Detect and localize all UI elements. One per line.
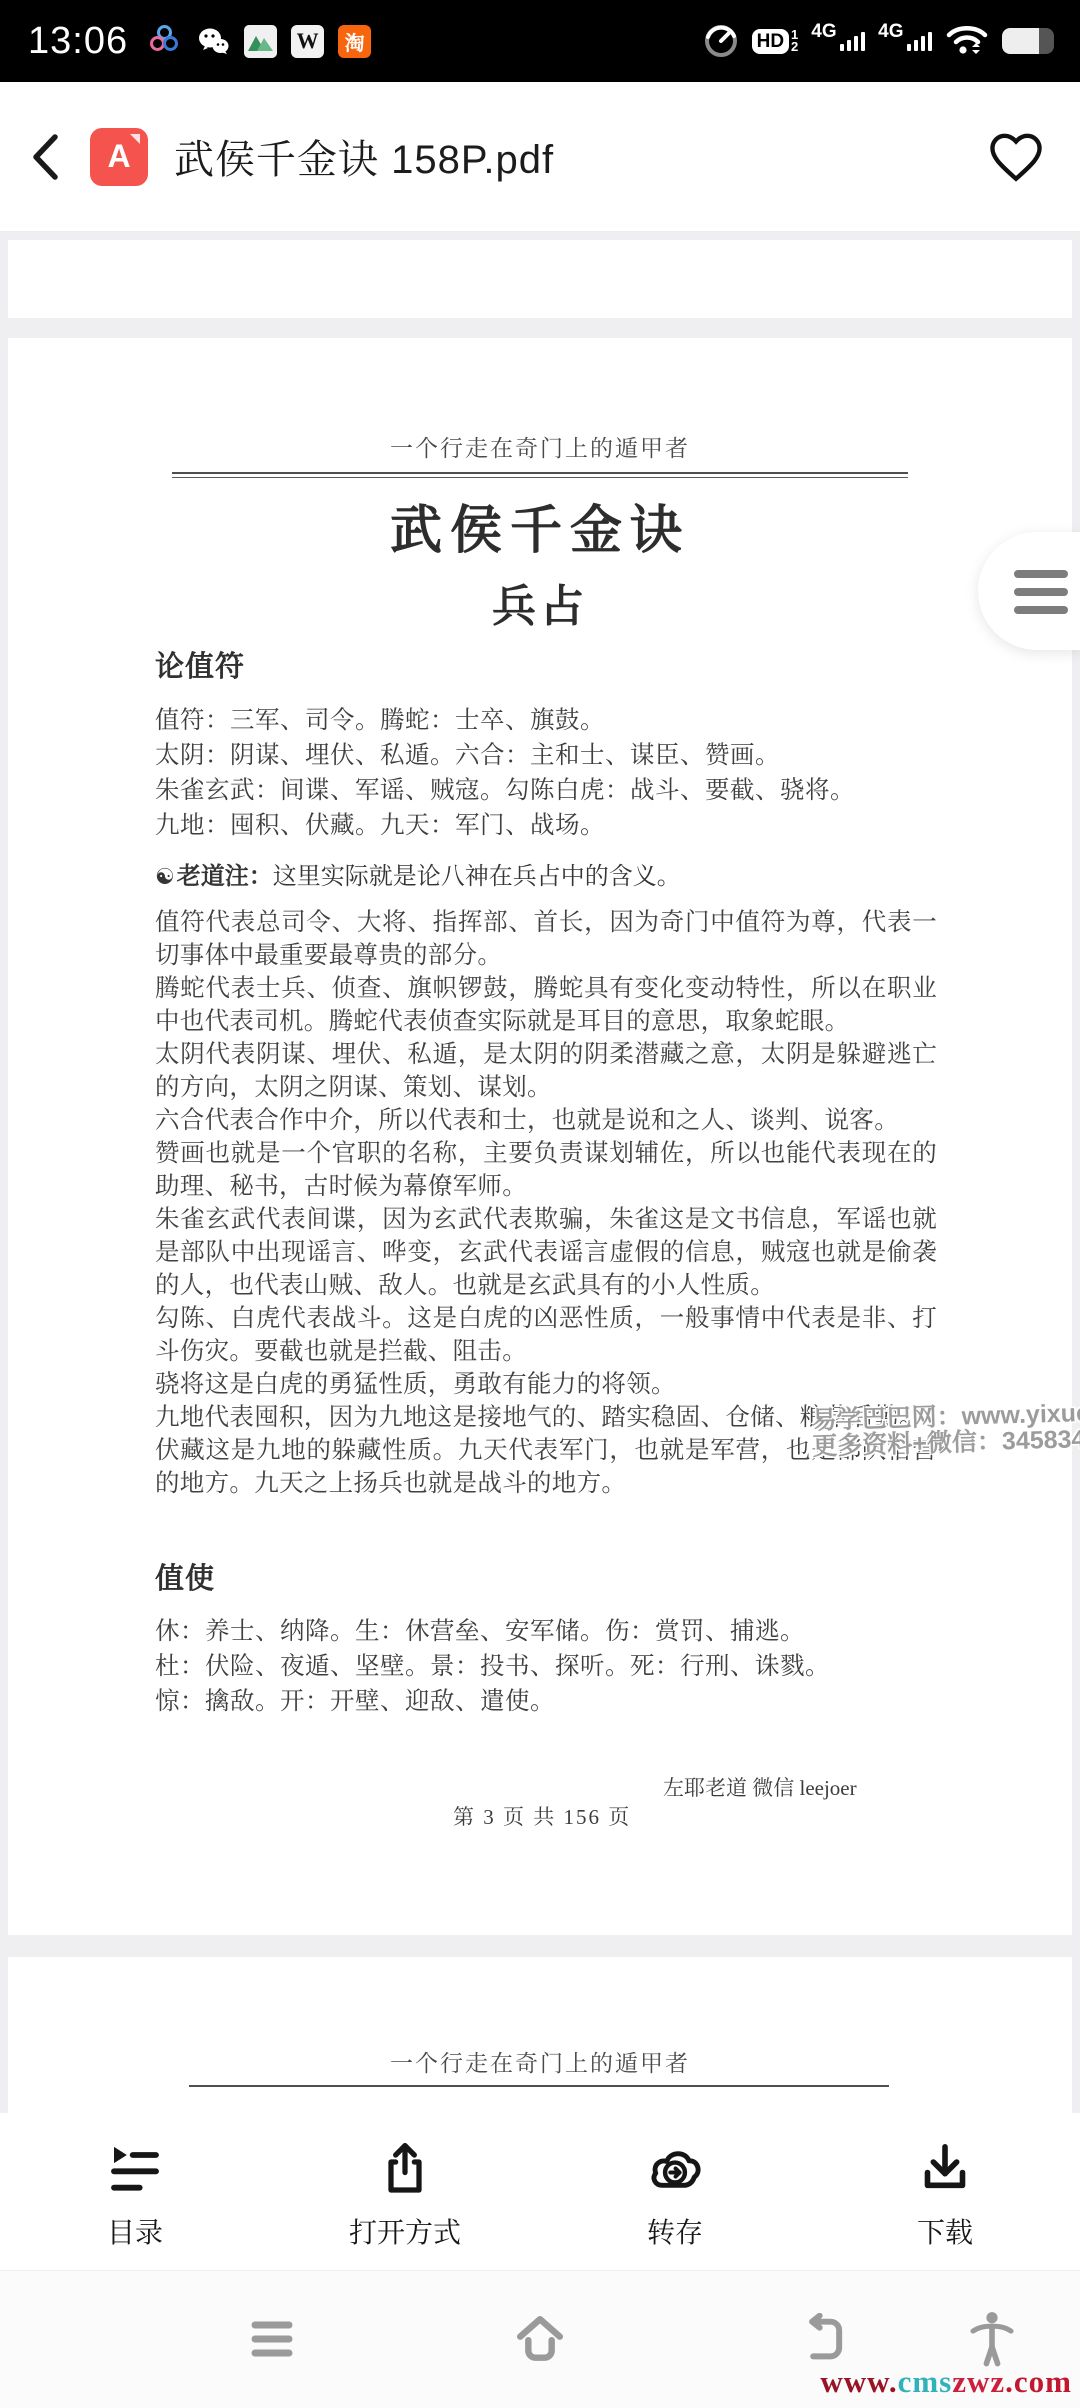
open-with-label: 打开方式 xyxy=(349,2211,461,2251)
paragraph: 朱雀玄武代表间谍，因为玄武代表欺骗，朱雀这是文书信息，军谣也就是部队中出现谣言、… xyxy=(155,1203,937,1302)
sim2-signal-icon: 4G xyxy=(878,32,932,51)
person-icon xyxy=(969,2311,1015,2367)
paragraph: 赞画也就是一个官职的名称，主要负责谋划辅佐，所以也能代表现在的助理、秘书，古时候… xyxy=(155,1137,937,1203)
notification-icons: W 淘 xyxy=(150,25,371,58)
pdf-page-previous[interactable] xyxy=(8,240,1072,318)
taobao-icon: 淘 xyxy=(338,25,371,58)
footer-page-number: 第 3 页 共 156 页 xyxy=(453,1801,631,1831)
nav-menu-button[interactable] xyxy=(242,2309,302,2369)
heart-icon xyxy=(987,130,1045,184)
home-icon xyxy=(512,2311,568,2367)
download-icon xyxy=(917,2141,973,2197)
sim1-signal-icon: 4G xyxy=(811,32,865,51)
download-button[interactable]: 下载 xyxy=(810,2113,1080,2270)
pdf-file-icon: A xyxy=(90,128,148,186)
paragraph: 太阴代表阴谋、埋伏、私遁，是太阴的阴柔潜藏之意，太阴是躲避逃亡的方向，太阴之阴谋… xyxy=(155,1038,937,1104)
transfer-label: 转存 xyxy=(647,2211,703,2251)
cloud-transfer-icon xyxy=(647,2141,703,2197)
text-line: 值符：三军、司令。腾蛇：士卒、旗鼓。 xyxy=(155,703,945,738)
page-running-header: 一个行走在奇门上的遁甲者 xyxy=(8,2045,1072,2078)
paragraph: 腾蛇代表士兵、侦查、旗帜锣鼓，腾蛇具有变化变动特性，所以在职业中也代表司机。腾蛇… xyxy=(155,972,937,1038)
menu-icon xyxy=(249,2318,295,2360)
status-icons: HD 12 4G 4G xyxy=(703,22,1054,61)
app-header: A 武侯千金诀 158P.pdf xyxy=(0,82,1080,232)
note-line: ☯老道注：这里实际就是论八神在兵占中的含义。 xyxy=(155,856,945,891)
gallery-icon xyxy=(244,25,277,58)
nav-home-button[interactable] xyxy=(510,2309,570,2369)
doc-subtitle: 兵占 xyxy=(8,570,1072,634)
wifi-icon xyxy=(945,22,989,61)
footer-author: 左耶老道 微信 leejoer xyxy=(663,1772,857,1802)
network-speed-icon xyxy=(703,23,739,59)
wps-icon: W xyxy=(291,25,324,58)
download-label: 下载 xyxy=(917,2211,973,2251)
wechat-icon xyxy=(197,25,230,58)
nav-accessibility-button[interactable] xyxy=(962,2309,1022,2369)
volte-hd-icon: HD 12 xyxy=(752,29,799,54)
open-with-button[interactable]: 打开方式 xyxy=(270,2113,540,2270)
site-watermark: www.cmszwz.com xyxy=(820,2364,1072,2400)
section-heading-zhishi: 值使 xyxy=(155,1556,215,1597)
pdf-page-next[interactable]: 一个行走在奇门上的遁甲者 xyxy=(8,1957,1072,2113)
document-title: 武侯千金诀 158P.pdf xyxy=(174,128,554,185)
scan-watermark: 易学巴巴网：www.yixue88.cn 更多资料+微信：3458344044 xyxy=(811,1400,1078,1459)
text-line: 休：养士、纳降。生：休营垒、安军储。伤：赏罚、捕逃。 xyxy=(155,1614,945,1649)
transfer-button[interactable]: 转存 xyxy=(540,2113,810,2270)
pdf-page-current[interactable]: 一个行走在奇门上的遁甲者 武侯千金诀 兵占 论值符 值符：三军、司令。腾蛇：士卒… xyxy=(8,338,1072,1935)
battery-icon xyxy=(1002,28,1054,54)
nav-back-button[interactable] xyxy=(794,2309,854,2369)
page-running-header: 一个行走在奇门上的遁甲者 xyxy=(8,430,1072,463)
header-rule xyxy=(189,2085,889,2088)
text-line: 太阴：阴谋、埋伏、私遁。六合：主和士、谋臣、赞画。 xyxy=(155,738,945,773)
favorite-button[interactable] xyxy=(986,127,1046,187)
open-with-icon xyxy=(377,2141,433,2197)
text-line: 杜：伏险、夜遁、坚壁。景：投书、探听。死：行刑、诛戮。 xyxy=(155,1649,945,1684)
bottom-toolbar: 目录 打开方式 转存 下载 xyxy=(0,2113,1080,2270)
taiji-icon: ☯ xyxy=(155,864,175,890)
note-text: 这里实际就是论八神在兵占中的含义。 xyxy=(273,864,681,890)
hamburger-icon xyxy=(1014,570,1068,578)
pdf-scroll-area[interactable]: 一个行走在奇门上的遁甲者 武侯千金诀 兵占 论值符 值符：三军、司令。腾蛇：士卒… xyxy=(0,232,1080,2408)
header-rule xyxy=(172,472,908,478)
clock: 13:06 xyxy=(28,20,128,63)
back-icon xyxy=(798,2313,850,2365)
note-label: 老道注： xyxy=(177,864,273,890)
section-heading-zhifu: 论值符 xyxy=(155,644,245,685)
app-notification-icon xyxy=(150,25,183,58)
zhifu-lines: 值符：三军、司令。腾蛇：士卒、旗鼓。 太阴：阴谋、埋伏、私遁。六合：主和士、谋臣… xyxy=(155,703,945,843)
paragraph: 骁将这是白虎的勇猛性质，勇敢有能力的将领。 xyxy=(155,1368,937,1401)
paragraph: 值符代表总司令、大将、指挥部、首长，因为奇门中值符为尊，代表一切事体中最重要最尊… xyxy=(155,906,937,972)
paragraph: 勾陈、白虎代表战斗。这是白虎的凶恶性质，一般事情中代表是非、打斗伤灾。要截也就是… xyxy=(155,1302,937,1368)
text-line: 惊：擒敌。开：开壁、迎敌、遣使。 xyxy=(155,1684,945,1719)
toc-icon xyxy=(107,2141,163,2197)
text-line: 九地：囤积、伏藏。九天：军门、战场。 xyxy=(155,808,945,843)
toc-button[interactable]: 目录 xyxy=(0,2113,270,2270)
paragraph: 六合代表合作中介，所以代表和士，也就是说和之人、谈判、说客。 xyxy=(155,1104,937,1137)
doc-title: 武侯千金诀 xyxy=(8,488,1072,563)
toc-label: 目录 xyxy=(107,2211,163,2251)
status-bar: 13:06 W 淘 HD 12 4G 4G xyxy=(0,0,1080,82)
back-button[interactable] xyxy=(0,82,90,231)
zhishi-lines: 休：养士、纳降。生：休营垒、安军储。伤：赏罚、捕逃。 杜：伏险、夜遁、坚壁。景：… xyxy=(155,1614,945,1719)
text-line: 朱雀玄武：间谍、军谣、贼寇。勾陈白虎：战斗、要截、骁将。 xyxy=(155,773,945,808)
